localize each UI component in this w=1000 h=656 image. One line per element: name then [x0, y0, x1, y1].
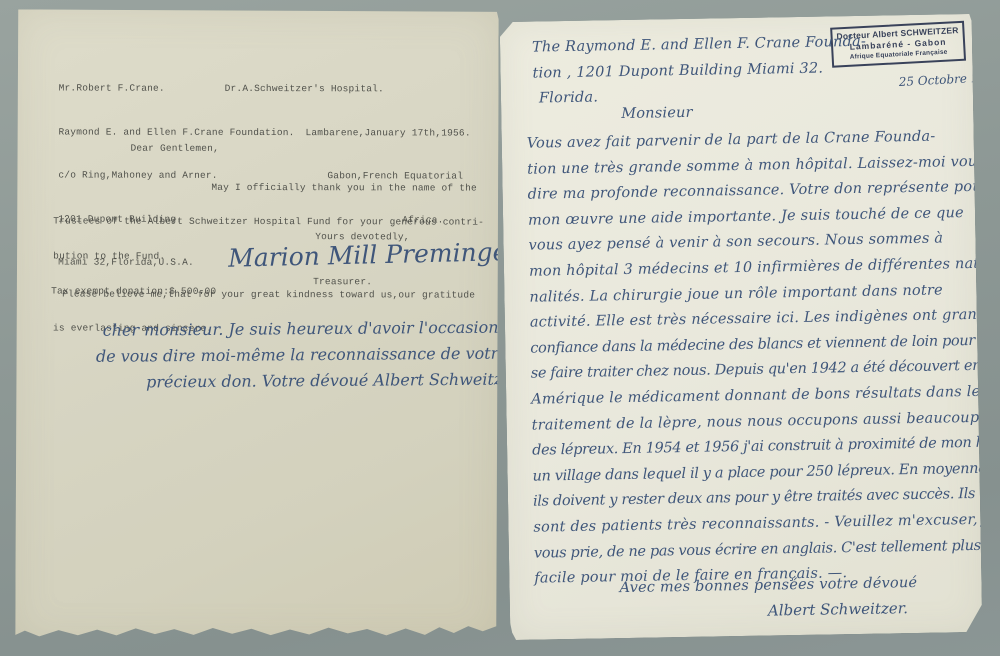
schweitzer-signature: Albert Schweitzer.: [768, 599, 908, 619]
note-line: précieux don. Votre dévoué Albert Schwei…: [146, 366, 519, 395]
note-line: cher monsieur. Je suis heureux d'avoir l…: [103, 314, 519, 343]
salutation: Dear Gentlemen,: [130, 143, 219, 154]
sender-line: Lambarene,January 17th,1956.: [305, 122, 470, 144]
note-line: de vous dire moi-même la reconnaissance …: [96, 340, 519, 369]
typewritten-letter: Mr.Robert F.Crane. Raymond E. and Ellen …: [15, 9, 499, 642]
letter-body: Vous avez fait parvenir de la part de la…: [527, 123, 1000, 592]
address-line: Florida.: [539, 81, 867, 112]
tax-exempt-line: Tax exempt donation:$ 500.00: [51, 285, 216, 296]
sender-line: Dr.A.Schweitzer's Hospital.: [225, 78, 471, 100]
recipient-address-block: The Raymond E. and Ellen F. Crane Founda…: [532, 30, 867, 113]
signature-title: Treasurer.: [313, 276, 372, 287]
salutation: Monsieur: [621, 105, 693, 122]
handwritten-letter: Docteur Albert SCHWEITZER Lambaréné - Ga…: [500, 14, 983, 640]
body-line: Trustees of the Albert Schweitzer Hospit…: [53, 216, 484, 229]
letter-date: 25 Octobre 1956.: [898, 70, 1000, 90]
schweitzer-handwritten-note: cher monsieur. Je suis heureux d'avoir l…: [96, 314, 520, 395]
body-line: May I officially thank you in the name o…: [211, 182, 484, 195]
